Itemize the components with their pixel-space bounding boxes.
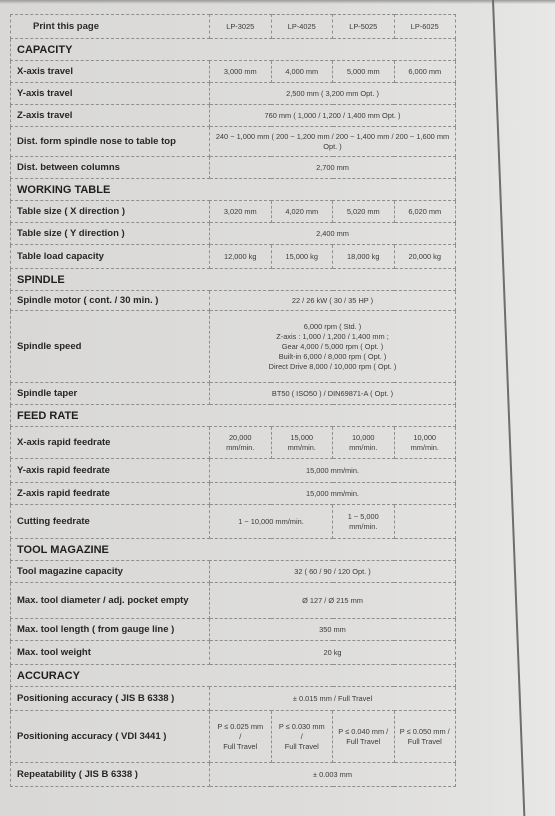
cell-empty	[394, 505, 456, 539]
cell-value: 6,000 rpm ( Std. ) Z-axis : 1,000 / 1,20…	[210, 311, 456, 383]
table-row: Z-axis rapid feedrate 15,000 mm/min.	[11, 483, 456, 505]
cell-value: 20 kg	[210, 641, 456, 665]
cell-value: P ≤ 0.050 mm /Full Travel	[394, 711, 456, 763]
cell-value: 3,000 mm	[210, 61, 272, 83]
print-page-link[interactable]: Print this page	[11, 15, 210, 39]
row-label: Spindle taper	[11, 383, 210, 405]
cell-value: P ≤ 0.025 mm/Full Travel	[210, 711, 272, 763]
cell-value: 5,000 mm	[333, 61, 395, 83]
table-row: Table size ( X direction ) 3,020 mm 4,02…	[11, 201, 456, 223]
cell-value: 3,020 mm	[210, 201, 272, 223]
table-row: Y-axis rapid feedrate 15,000 mm/min.	[11, 459, 456, 483]
table-row: Table load capacity 12,000 kg 15,000 kg …	[11, 245, 456, 269]
cell-value: 760 mm ( 1,000 / 1,200 / 1,400 mm Opt. )	[210, 105, 456, 127]
section-spindle: SPINDLE	[11, 269, 456, 291]
cell-value: 2,700 mm	[210, 157, 456, 179]
speed-line: Built-in 6,000 / 8,000 rpm ( Opt. )	[214, 352, 451, 362]
cell-value: 15,000 kg	[271, 245, 333, 269]
speed-line: Gear 4,000 / 5,000 rpm ( Opt. )	[214, 342, 451, 352]
cell-value: 10,000 mm/min.	[333, 427, 395, 459]
model-header: LP-5025	[333, 15, 395, 39]
spec-sheet: Print this page LP-3025 LP-4025 LP-5025 …	[10, 14, 456, 787]
section-feed-rate: FEED RATE	[11, 405, 456, 427]
row-label: X-axis rapid feedrate	[11, 427, 210, 459]
table-row: X-axis travel 3,000 mm 4,000 mm 5,000 mm…	[11, 61, 456, 83]
cell-value: 18,000 kg	[333, 245, 395, 269]
table-row: Positioning accuracy ( VDI 3441 ) P ≤ 0.…	[11, 711, 456, 763]
table-row: Repeatability ( JIS B 6338 ) ± 0.003 mm	[11, 763, 456, 787]
cell-value: 15,000 mm/min.	[210, 459, 456, 483]
row-label: X-axis travel	[11, 61, 210, 83]
model-header: LP-6025	[394, 15, 456, 39]
cell-value: 4,020 mm	[271, 201, 333, 223]
cell-value: 1 ~ 10,000 mm/min.	[210, 505, 333, 539]
row-label: Tool magazine capacity	[11, 561, 210, 583]
cell-value: 2,400 mm	[210, 223, 456, 245]
cell-value: 1 ~ 5,000mm/min.	[333, 505, 395, 539]
row-label: Max. tool diameter / adj. pocket empty	[11, 583, 210, 619]
section-tool-magazine: TOOL MAGAZINE	[11, 539, 456, 561]
table-row: Table size ( Y direction ) 2,400 mm	[11, 223, 456, 245]
cell-value: 22 / 26 kW ( 30 / 35 HP )	[210, 291, 456, 311]
table-row: Dist. between columns 2,700 mm	[11, 157, 456, 179]
row-label: Z-axis travel	[11, 105, 210, 127]
cell-value: 5,020 mm	[333, 201, 395, 223]
row-label: Dist. form spindle nose to table top	[11, 127, 210, 157]
row-label: Dist. between columns	[11, 157, 210, 179]
cell-value: 12,000 kg	[210, 245, 272, 269]
table-row: Spindle speed 6,000 rpm ( Std. ) Z-axis …	[11, 311, 456, 383]
row-label: Max. tool weight	[11, 641, 210, 665]
cell-value: 240 ~ 1,000 mm ( 200 ~ 1,200 mm / 200 ~ …	[210, 127, 456, 157]
row-label: Y-axis travel	[11, 83, 210, 105]
speed-line: Direct Drive 8,000 / 10,000 rpm ( Opt. )	[214, 362, 451, 372]
table-row: Spindle motor ( cont. / 30 min. ) 22 / 2…	[11, 291, 456, 311]
cell-value: 32 ( 60 / 90 / 120 Opt. )	[210, 561, 456, 583]
table-row: Y-axis travel 2,500 mm ( 3,200 mm Opt. )	[11, 83, 456, 105]
speed-line: 6,000 rpm ( Std. )	[214, 322, 451, 332]
paper-edge	[492, 0, 525, 816]
row-label: Table size ( Y direction )	[11, 223, 210, 245]
cell-value: 15,000mm/min.	[271, 427, 333, 459]
table-row: Max. tool diameter / adj. pocket empty Ø…	[11, 583, 456, 619]
table-row: Positioning accuracy ( JIS B 6338 ) ± 0.…	[11, 687, 456, 711]
cell-value: Ø 127 / Ø 215 mm	[210, 583, 456, 619]
row-label: Table load capacity	[11, 245, 210, 269]
cell-value: ± 0.015 mm / Full Travel	[210, 687, 456, 711]
table-row: Z-axis travel 760 mm ( 1,000 / 1,200 / 1…	[11, 105, 456, 127]
row-label: Positioning accuracy ( JIS B 6338 )	[11, 687, 210, 711]
row-label: Repeatability ( JIS B 6338 )	[11, 763, 210, 787]
table-row: Max. tool length ( from gauge line ) 350…	[11, 619, 456, 641]
table-row: Dist. form spindle nose to table top 240…	[11, 127, 456, 157]
table-row: X-axis rapid feedrate 20,000mm/min. 15,0…	[11, 427, 456, 459]
spec-table: Print this page LP-3025 LP-4025 LP-5025 …	[10, 14, 456, 787]
cell-value: 4,000 mm	[271, 61, 333, 83]
cell-value: P ≤ 0.040 mm /Full Travel	[333, 711, 395, 763]
row-label: Spindle speed	[11, 311, 210, 383]
cell-value: P ≤ 0.030 mm/Full Travel	[271, 711, 333, 763]
cell-value: 350 mm	[210, 619, 456, 641]
model-header: LP-3025	[210, 15, 272, 39]
section-accuracy: ACCURACY	[11, 665, 456, 687]
cell-value: ± 0.003 mm	[210, 763, 456, 787]
cell-value: 20,000mm/min.	[210, 427, 272, 459]
photo-top-shadow	[0, 0, 555, 4]
cell-value: 2,500 mm ( 3,200 mm Opt. )	[210, 83, 456, 105]
cell-value: 6,020 mm	[394, 201, 456, 223]
cell-value: 6,000 mm	[394, 61, 456, 83]
row-label: Cutting feedrate	[11, 505, 210, 539]
speed-line: Z-axis : 1,000 / 1,200 / 1,400 mm ;	[214, 332, 451, 342]
cell-value: 15,000 mm/min.	[210, 483, 456, 505]
table-row: Spindle taper BT50 ( ISO50 ) / DIN69871-…	[11, 383, 456, 405]
table-row: Tool magazine capacity 32 ( 60 / 90 / 12…	[11, 561, 456, 583]
section-capacity: CAPACITY	[11, 39, 456, 61]
row-label: Spindle motor ( cont. / 30 min. )	[11, 291, 210, 311]
row-label: Y-axis rapid feedrate	[11, 459, 210, 483]
cell-value: 20,000 kg	[394, 245, 456, 269]
row-label: Positioning accuracy ( VDI 3441 )	[11, 711, 210, 763]
model-header: LP-4025	[271, 15, 333, 39]
table-row: Max. tool weight 20 kg	[11, 641, 456, 665]
cell-value: 10,000mm/min.	[394, 427, 456, 459]
section-working-table: WORKING TABLE	[11, 179, 456, 201]
cell-value: BT50 ( ISO50 ) / DIN69871-A ( Opt. )	[210, 383, 456, 405]
row-label: Max. tool length ( from gauge line )	[11, 619, 210, 641]
row-label: Z-axis rapid feedrate	[11, 483, 210, 505]
row-label: Table size ( X direction )	[11, 201, 210, 223]
table-row: Cutting feedrate 1 ~ 10,000 mm/min. 1 ~ …	[11, 505, 456, 539]
header-row: Print this page LP-3025 LP-4025 LP-5025 …	[11, 15, 456, 39]
